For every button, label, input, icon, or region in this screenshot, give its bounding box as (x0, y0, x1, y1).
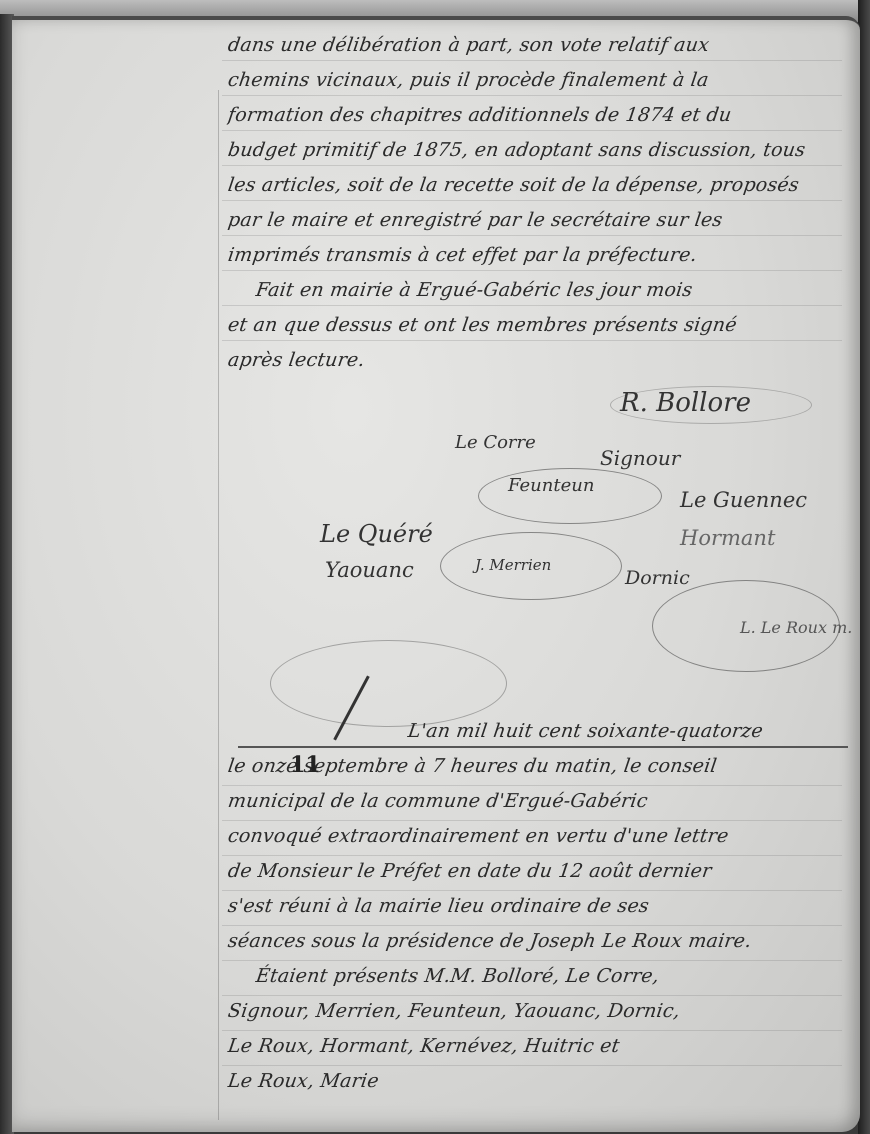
text-line: après lecture. (226, 343, 851, 378)
text-line: budget primitif de 1875, en adoptant san… (226, 133, 851, 168)
text-line: les articles, soit de la recette soit de… (226, 168, 851, 203)
text-line: L'an mil huit cent soixante-quatorze (226, 714, 851, 749)
text-line: dans une délibération à part, son vote r… (226, 28, 851, 63)
text-line: formation des chapitres additionnels de … (226, 98, 851, 133)
text-line: Fait en mairie à Ergué-Gabéric les jour … (226, 273, 851, 308)
signature: L. Le Roux m. (740, 618, 852, 637)
text-line: s'est réuni à la mairie lieu ordinaire d… (226, 889, 851, 924)
margin-line (218, 90, 219, 1120)
text-line: séances sous la présidence de Joseph Le … (226, 924, 851, 959)
text-line: Signour, Merrien, Feunteun, Yaouanc, Dor… (226, 994, 851, 1029)
signature: Signour (600, 446, 680, 470)
text-line: convoqué extraordinairement en vertu d'u… (226, 819, 851, 854)
signature: J. Merrien (475, 556, 551, 574)
signature-flourish (610, 386, 812, 424)
text-line: Étaient présents M.M. Bolloré, Le Corre, (226, 959, 851, 994)
second-entry: L'an mil huit cent soixante-quatorze le … (228, 714, 848, 1099)
signature: Feunteun (508, 475, 594, 496)
text-line: de Monsieur le Préfet en date du 12 août… (226, 854, 851, 889)
text-line: chemins vicinaux, puis il procède finale… (226, 63, 851, 98)
text-line: Le Roux, Hormant, Kernévez, Huitric et (226, 1029, 851, 1064)
signature: Hormant (680, 526, 775, 550)
top-entry: dans une délibération à part, son vote r… (228, 28, 848, 378)
signature: Le Guennec (680, 488, 807, 512)
signature: Dornic (625, 567, 690, 589)
text-line: et an que dessus et ont les membres prés… (226, 308, 851, 343)
text-line: Le Roux, Marie (226, 1064, 851, 1099)
signature: Le Quéré (320, 520, 433, 548)
text-line: imprimés transmis à cet effet par la pré… (226, 238, 851, 273)
entry-number: 11 (290, 752, 321, 778)
signature: Le Corre (455, 432, 536, 453)
text-line: municipal de la commune d'Ergué-Gabéric (226, 784, 851, 819)
text-line: par le maire et enregistré par le secrét… (226, 203, 851, 238)
signature: Yaouanc (325, 558, 414, 582)
